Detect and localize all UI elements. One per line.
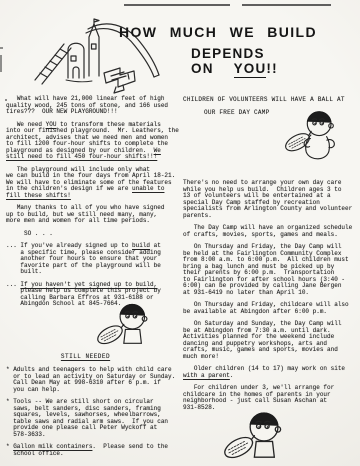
child-with-football-icon — [220, 404, 296, 462]
thursday-friday-paragraph: On Thursday and Friday, the Day Camp wil… — [183, 244, 357, 296]
build-days-paragraph: The playground will include only what we… — [6, 167, 179, 200]
scan-artifact — [0, 47, 3, 49]
page-title-line2: DEPENDS ON YOU!! — [191, 46, 360, 76]
need-you-paragraph: We need YOU to transform these materials… — [6, 122, 179, 161]
daycare-intro-paragraph: There's no need to arrange your own day … — [183, 180, 357, 219]
left-column: What will have 21,000 linear feet of hig… — [6, 96, 179, 463]
page-title-line1: HOW MUCH WE BUILD — [119, 24, 317, 40]
intro-paragraph: What will have 21,000 linear feet of hig… — [6, 96, 179, 116]
right-column-paragraphs: There's no need to arrange your own day … — [183, 180, 357, 411]
child-with-football-icon — [282, 102, 346, 168]
title-exclamation: !! — [266, 61, 277, 76]
older-children-paragraph: Older children (14 to 17) may work on si… — [183, 366, 357, 379]
milk-containers-item: * Gallon milk containers. Please send to… — [6, 444, 179, 457]
still-needed-list: * Adults and teenagers to help with chil… — [6, 367, 179, 457]
so-line: SO . . . — [6, 231, 179, 238]
thanks-paragraph: Many thanks to all of you who have signe… — [6, 205, 179, 225]
still-needed-heading: STILL NEEDED — [6, 354, 165, 361]
title-you-underlined: YOU — [234, 61, 267, 78]
tools-item: * Tools -- We are still short on circula… — [6, 399, 179, 438]
scan-artifact — [0, 55, 2, 72]
childcare-help-item: * Adults and teenagers to help with chil… — [6, 367, 179, 393]
evening-childcare-paragraph: On Thursday and Friday, childcare will a… — [183, 302, 357, 315]
weekend-camp-paragraph: On Saturday and Sunday, the Day Camp wil… — [183, 321, 357, 360]
already-signed-item: ... If you've already signed up to build… — [6, 243, 179, 276]
child-with-football-icon — [94, 296, 160, 348]
camp-schedule-paragraph: The Day Camp will have an organized sche… — [183, 225, 357, 238]
left-column-paragraphs: What will have 21,000 linear feet of hig… — [6, 96, 179, 308]
scan-artifact — [124, 4, 230, 6]
flyer-page: HOW MUCH WE BUILD DEPENDS ON YOU!! What … — [0, 0, 360, 466]
scan-artifact — [242, 4, 331, 6]
